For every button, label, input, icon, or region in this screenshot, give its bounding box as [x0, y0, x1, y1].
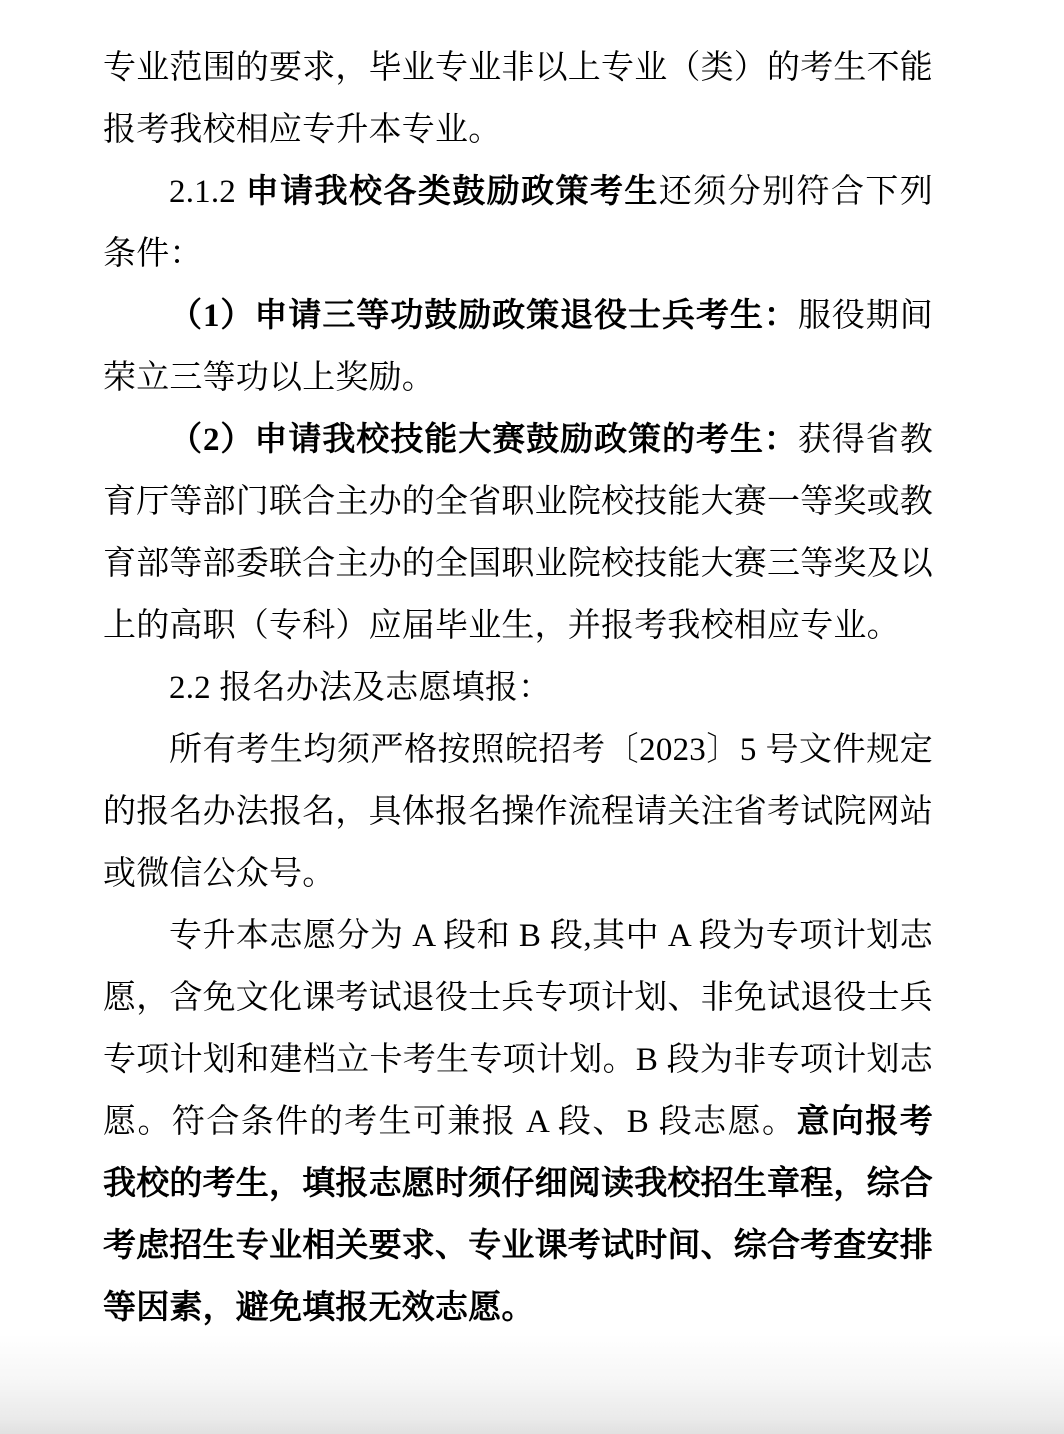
para-registration: 所有考生均须严格按照皖招考〔2023〕5 号文件规定的报名办法报名，具体报名操作… — [103, 719, 933, 905]
text-run: 专业范围的要求，毕业专业非以上专业（类）的考生不能报考我校相应专升本专业。 — [103, 50, 933, 148]
text-run-bold: （1）申请三等功鼓励政策退役士兵考生： — [169, 298, 798, 334]
document-text-block: 专业范围的要求，毕业专业非以上专业（类）的考生不能报考我校相应专升本专业。 2.… — [103, 37, 933, 1339]
para-2-1-2: 2.1.2 申请我校各类鼓励政策考生还须分别符合下列条件： — [103, 161, 933, 285]
para-2-2-heading: 2.2 报名办法及志愿填报： — [103, 657, 933, 719]
text-run: 所有考生均须严格按照皖招考〔2023〕5 号文件规定的报名办法报名，具体报名操作… — [103, 732, 933, 892]
para-item-2: （2）申请我校技能大赛鼓励政策的考生：获得省教育厅等部门联合主办的全省职业院校技… — [103, 409, 933, 657]
para-continuation: 专业范围的要求，毕业专业非以上专业（类）的考生不能报考我校相应专升本专业。 — [103, 37, 933, 161]
para-item-1: （1）申请三等功鼓励政策退役士兵考生：服役期间荣立三等功以上奖励。 — [103, 285, 933, 409]
page-bottom-shadow — [0, 1334, 1064, 1434]
para-volunteer: 专升本志愿分为 A 段和 B 段,其中 A 段为专项计划志愿，含免文化课考试退役… — [103, 905, 933, 1339]
text-run: 2.2 报名办法及志愿填报： — [169, 670, 551, 706]
document-page: 专业范围的要求，毕业专业非以上专业（类）的考生不能报考我校相应专升本专业。 2.… — [0, 0, 1064, 1434]
text-run-bold: （2）申请我校技能大赛鼓励政策的考生： — [169, 422, 798, 458]
text-run: 2.1.2 — [169, 174, 246, 210]
text-run-bold: 申请我校各类鼓励政策考生 — [246, 174, 659, 210]
